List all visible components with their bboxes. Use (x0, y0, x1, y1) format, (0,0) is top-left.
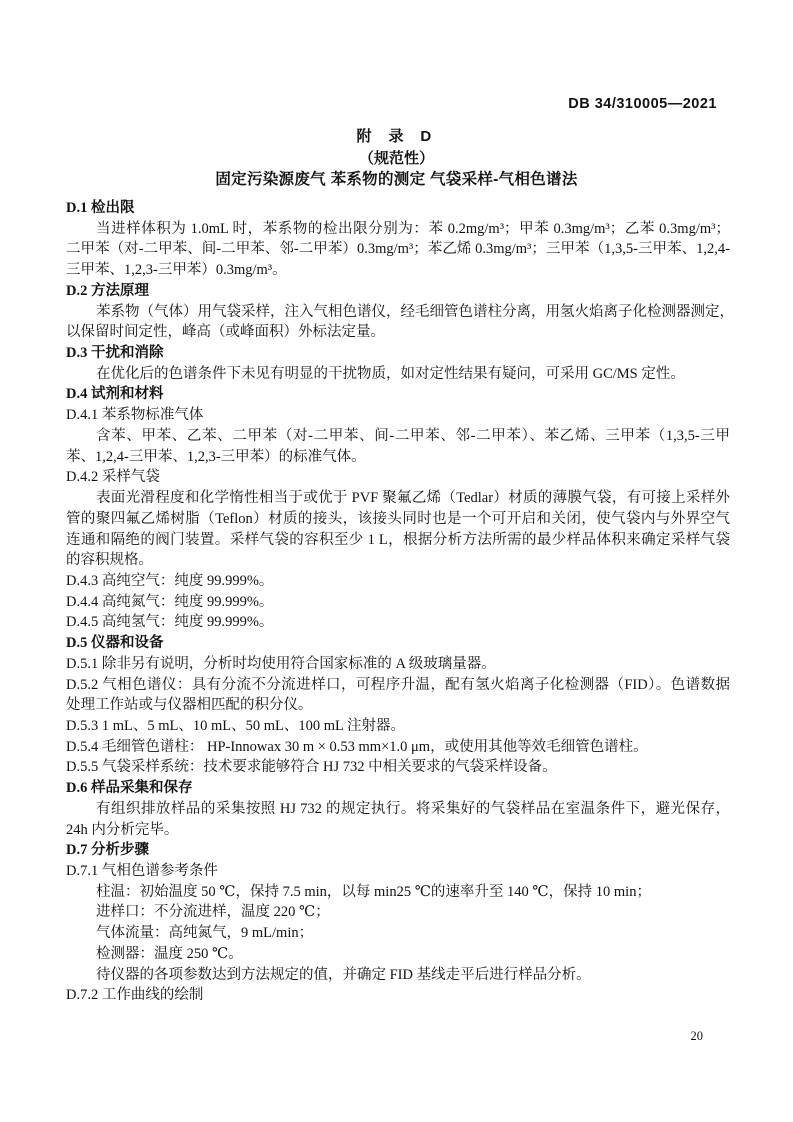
content-line: 的容积规格。 (66, 550, 730, 571)
clause-line: D.5.1 除非另有说明，分析时均使用符合国家标准的 A 级玻璃量器。 (66, 654, 730, 675)
clause-line: D.7.1 气相色谱参考条件 (66, 861, 730, 882)
content-line: 以保留时间定性，峰高（或峰面积）外标法定量。 (66, 322, 730, 343)
content-line: 管的聚四氟乙烯树脂（Teflon）材质的接头，该接头同时也是一个可开启和关闭，使… (66, 509, 730, 530)
content-line: 苯、1,2,4-三甲苯、1,2,3-三甲苯）的标准气体。 (66, 447, 730, 468)
content-line: 24h 内分析完毕。 (66, 820, 730, 841)
page-number: 20 (691, 1029, 704, 1044)
section-heading: D.3 干扰和消除 (66, 343, 730, 364)
section-heading: D.2 方法原理 (66, 281, 730, 302)
clause-line: D.4.5 高纯氢气：纯度 99.999%。 (66, 612, 730, 633)
clause-line: D.5.5 气袋采样系统：技术要求能够符合 HJ 732 中相关要求的气袋采样设… (66, 757, 730, 778)
section-heading: D.4 试剂和材料 (66, 384, 730, 405)
content-line: 待仪器的各项参数达到方法规定的值，并确定 FID 基线走平后进行样品分析。 (66, 965, 730, 986)
content-line: 三甲苯、1,2,3-三甲苯）0.3mg/m³。 (66, 260, 730, 281)
content-line: 苯系物（气体）用气袋采样，注入气相色谱仪，经毛细管色谱柱分离，用氢火焰离子化检测… (66, 302, 730, 323)
content-line: 表面光滑程度和化学惰性相当于或优于 PVF 聚氟乙烯（Tedlar）材质的薄膜气… (66, 488, 730, 509)
section-heading: D.1 检出限 (66, 198, 730, 219)
document-page: DB 34/310005—2021 附 录 D （规范性） 固定污染源废气 苯系… (0, 0, 793, 1122)
clause-line: D.4.3 高纯空气：纯度 99.999%。 (66, 571, 730, 592)
clause-line: D.4.2 采样气袋 (66, 467, 730, 488)
clause-line: D.5.4 毛细管色谱柱： HP-Innowax 30 m × 0.53 mm×… (66, 737, 730, 758)
appendix-label: 附 录 D (0, 125, 793, 146)
content-line: 含苯、甲苯、乙苯、二甲苯（对-二甲苯、间-二甲苯、邻-二甲苯）、苯乙烯、三甲苯（… (66, 426, 730, 447)
content-line: 处理工作站或与仪器相匹配的积分仪。 (66, 695, 730, 716)
content-line: 进样口：不分流进样，温度 220 ℃； (66, 902, 730, 923)
appendix-title: 固定污染源废气 苯系物的测定 气袋采样-气相色谱法 (0, 167, 793, 189)
content-line: 气体流量：高纯氮气，9 mL/min； (66, 923, 730, 944)
clause-line: D.4.4 高纯氮气：纯度 99.999%。 (66, 592, 730, 613)
document-body: D.1 检出限 当进样体积为 1.0mL 时，苯系物的检出限分别为：苯 0.2m… (66, 198, 730, 1006)
section-heading: D.6 样品采集和保存 (66, 778, 730, 799)
clause-line: D.5.3 1 mL、5 mL、10 mL、50 mL、100 mL 注射器。 (66, 716, 730, 737)
clause-line: D.5.2 气相色谱仪：具有分流不分流进样口，可程序升温，配有氢火焰离子化检测器… (66, 675, 730, 696)
content-line: 有组织排放样品的采集按照 HJ 732 的规定执行。将采集好的气袋样品在室温条件… (66, 799, 730, 820)
clause-line: D.7.2 工作曲线的绘制 (66, 985, 730, 1006)
content-line: 在优化后的色谱条件下未见有明显的干扰物质，如对定性结果有疑问，可采用 GC/MS… (66, 364, 730, 385)
standard-code: DB 34/310005—2021 (568, 96, 717, 112)
content-line: 二甲苯（对-二甲苯、间-二甲苯、邻-二甲苯）0.3mg/m³；苯乙烯 0.3mg… (66, 239, 730, 260)
content-line: 连通和隔绝的阀门装置。采样气袋的容积至少 1 L，根据分析方法所需的最少样品体积… (66, 530, 730, 551)
section-heading: D.5 仪器和设备 (66, 633, 730, 654)
clause-line: D.4.1 苯系物标准气体 (66, 405, 730, 426)
content-line: 当进样体积为 1.0mL 时，苯系物的检出限分别为：苯 0.2mg/m³；甲苯 … (66, 219, 730, 240)
section-heading: D.7 分析步骤 (66, 840, 730, 861)
content-line: 检测器：温度 250 ℃。 (66, 944, 730, 965)
content-line: 柱温：初始温度 50 ℃，保持 7.5 min，以每 min25 ℃的速率升至 … (66, 882, 730, 903)
appendix-normative: （规范性） (0, 147, 793, 168)
